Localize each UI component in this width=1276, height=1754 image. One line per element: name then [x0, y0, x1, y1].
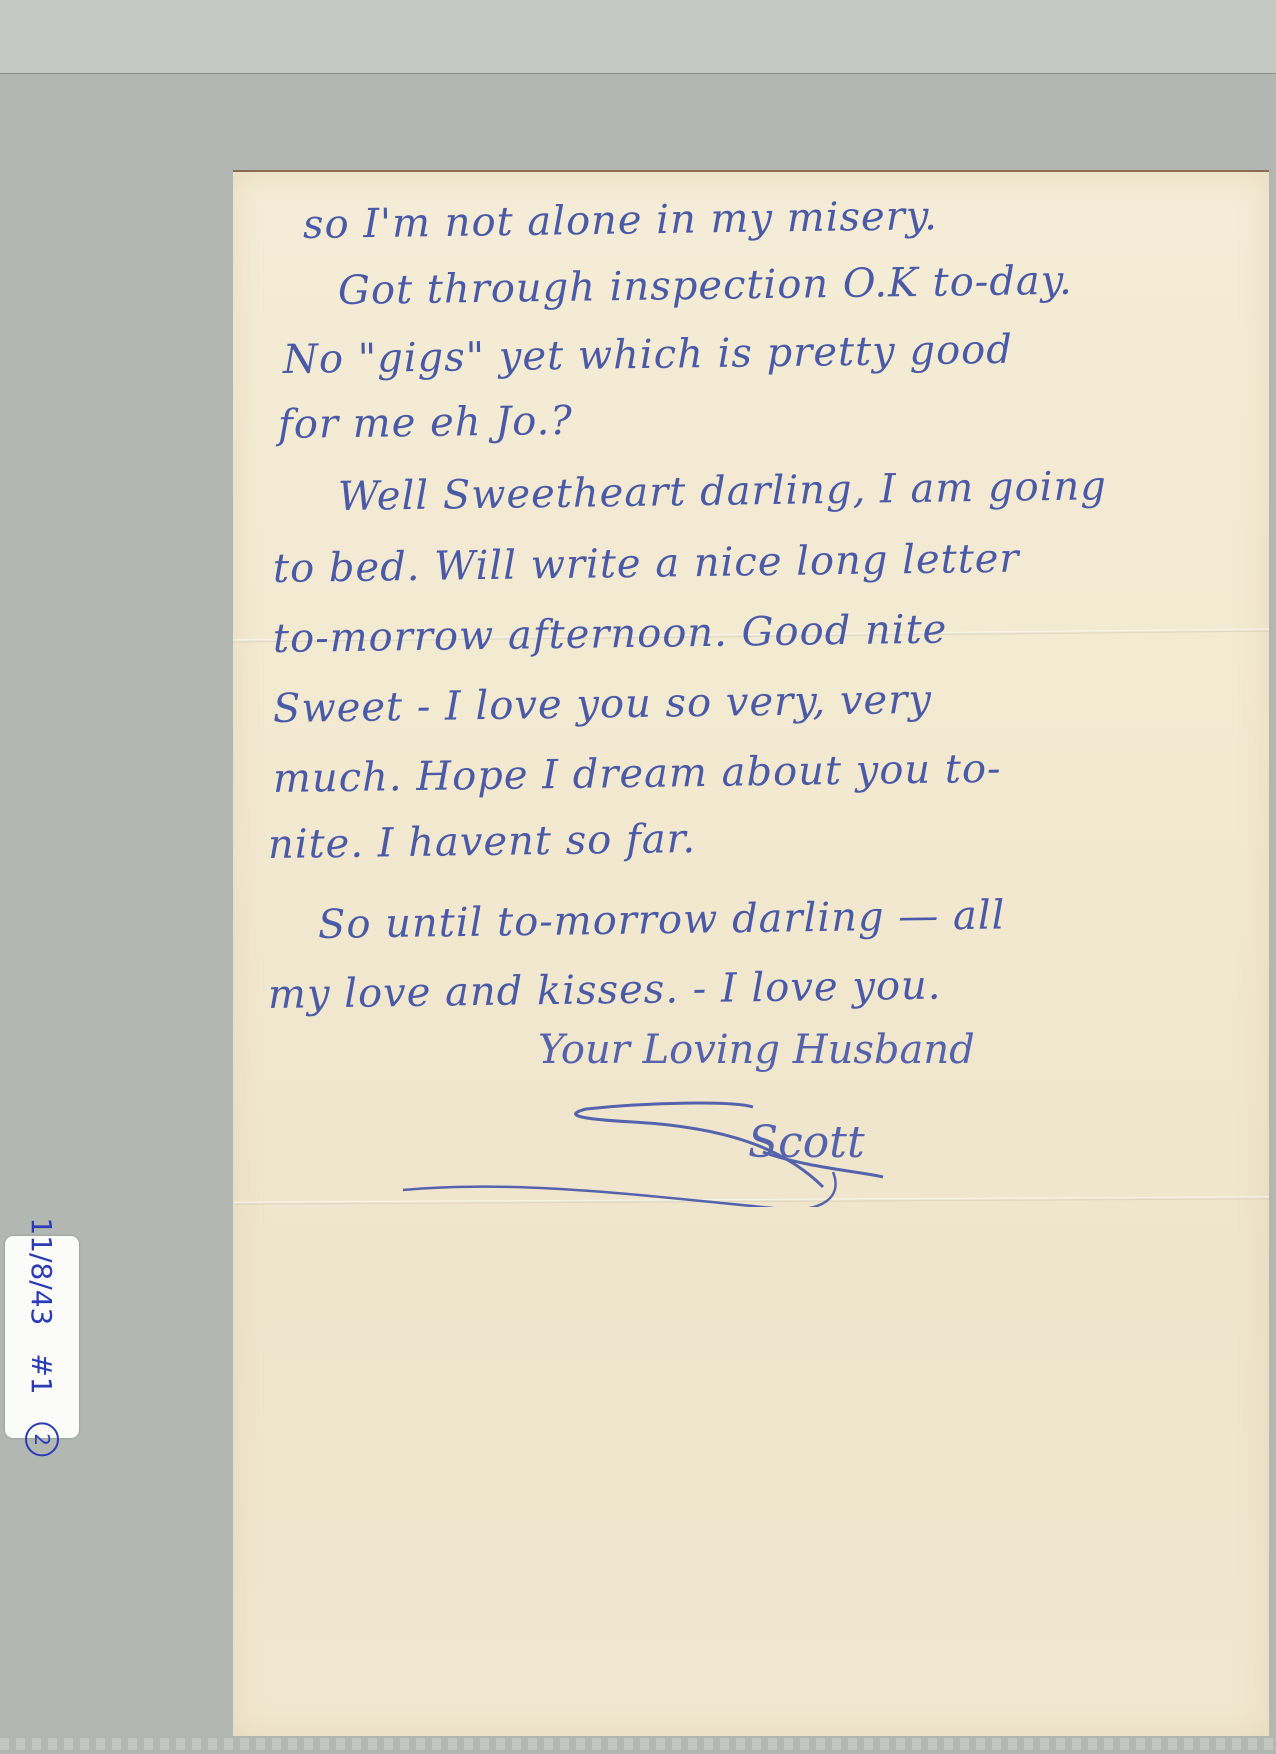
archive-label-text: 11/8/43 #1 2 — [25, 1217, 59, 1456]
archive-number: #1 — [26, 1353, 59, 1394]
letter-line: So until to-morrow darling — all — [318, 892, 1006, 948]
page-number-circle: 2 — [25, 1423, 59, 1457]
signature: Scott — [748, 1117, 865, 1168]
letter-closing: Your Loving Husband — [538, 1027, 975, 1073]
scanner-top-strip — [0, 0, 1276, 74]
sleeve-perforation — [0, 1738, 1276, 1750]
letter-page: so I'm not alone in my misery. Got throu… — [233, 170, 1269, 1736]
letter-line: to-morrow afternoon. Good nite — [273, 607, 948, 662]
letter-line: so I'm not alone in my misery. — [303, 193, 938, 248]
letter-line: much. Hope I dream about you to- — [273, 746, 1002, 802]
letter-line: Sweet - I love you so very, very — [273, 677, 933, 732]
letter-line: nite. I havent so far. — [268, 816, 697, 868]
letter-line: to bed. Will write a nice long letter — [273, 536, 1020, 592]
letter-line: Got through inspection O.K to-day. — [338, 258, 1073, 314]
letter-line: my love and kisses. - I love you. — [268, 963, 942, 1018]
archive-date: 11/8/43 — [26, 1217, 59, 1325]
letter-line: for me eh Jo.? — [278, 398, 573, 448]
archive-label: 11/8/43 #1 2 — [5, 1236, 79, 1438]
letter-line: Well Sweetheart darling, I am going — [338, 463, 1107, 520]
signature-flourish — [403, 1097, 1023, 1207]
letter-line: No "gigs" yet which is pretty good — [283, 327, 1013, 383]
